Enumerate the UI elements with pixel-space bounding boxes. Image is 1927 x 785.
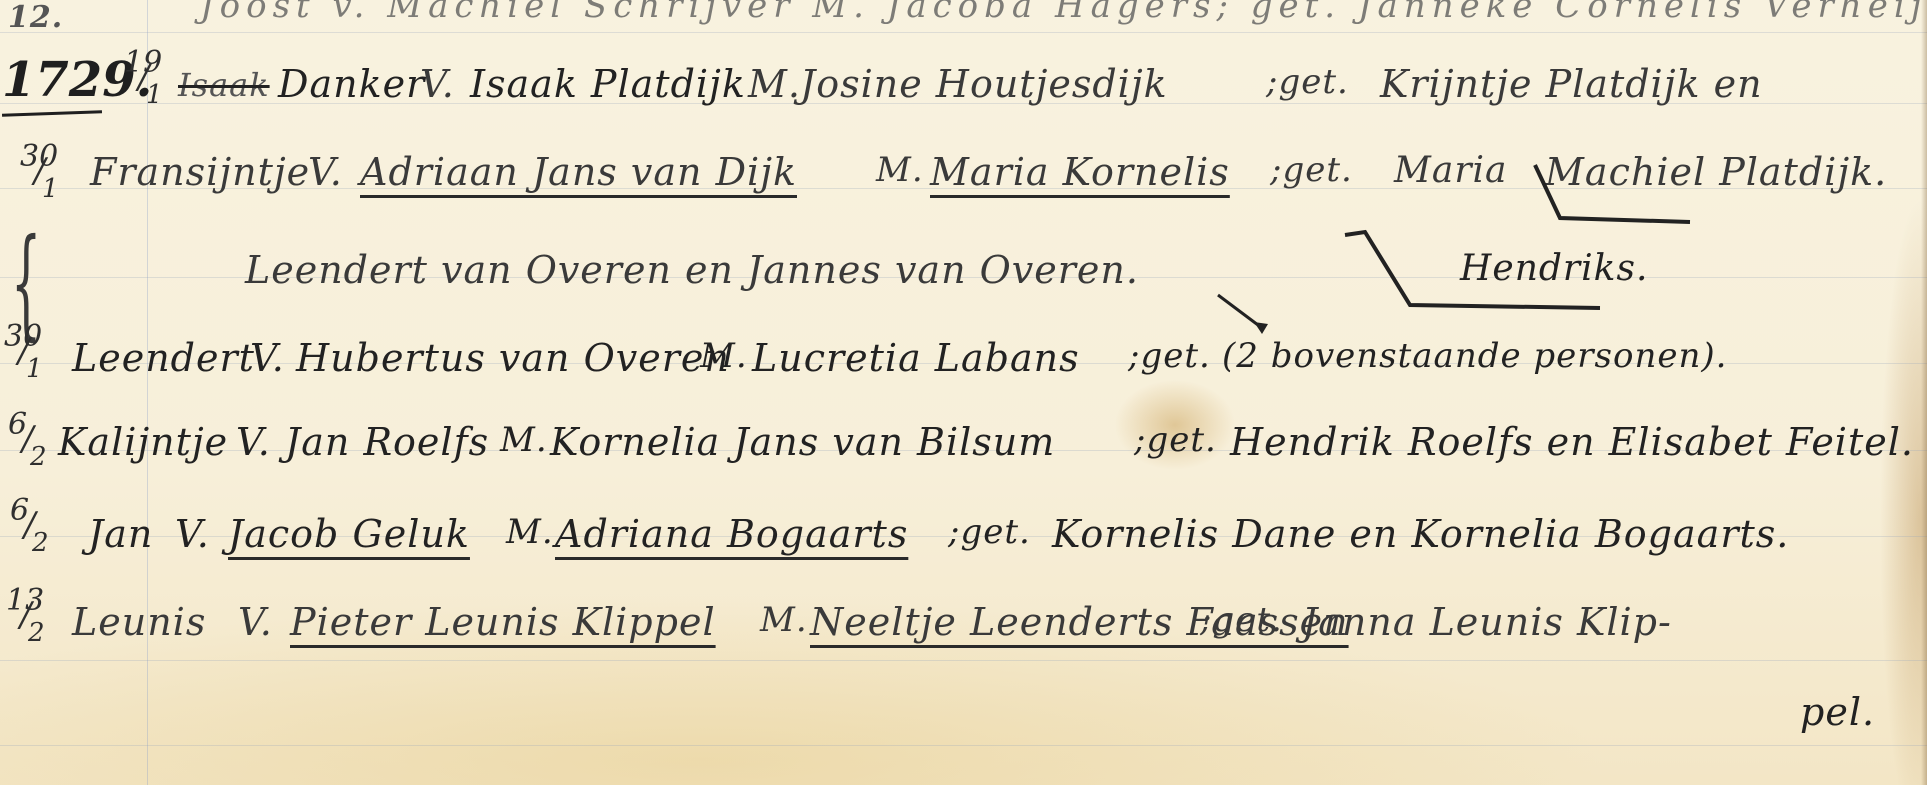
mother-label: M. [700, 336, 748, 376]
margin-line [147, 0, 148, 785]
mother-label: M. [876, 150, 924, 190]
mother-name: Lucretia Labans [752, 336, 1080, 380]
witness-name: Maria [1394, 150, 1508, 191]
child-name: Jan [88, 512, 153, 556]
witness-names: Krijntje Platdijk en [1380, 62, 1763, 106]
witness-label: ;get. [948, 512, 1031, 552]
mother-label: M. [760, 600, 808, 640]
mother-label: M. [506, 512, 554, 552]
father-name: Pieter Leunis Klippel [290, 600, 716, 644]
mother-label: M. [748, 62, 801, 106]
mother-name: Josine Houtjesdijk [800, 62, 1168, 106]
mother-name: Kornelia Jans van Bilsum [550, 420, 1055, 464]
witness-names: Kornelis Dane en Kornelia Bogaarts. [1052, 512, 1789, 556]
father-label: V. [308, 150, 343, 194]
father-name: Jan Roelfs [285, 420, 489, 464]
witness-names: (2 bovenstaande personen). [1222, 336, 1727, 376]
mother-name: Maria Kornelis [930, 150, 1230, 194]
register-page: 12. Joost v. Machiel Schrijver M. Jacoba… [0, 0, 1927, 785]
date-month: 2 [30, 444, 47, 470]
ruled-line [0, 745, 1927, 746]
page-edge [1921, 0, 1927, 785]
child-name: Fransijntje [90, 150, 310, 194]
witness-lower-alt: Hendriks. [1460, 248, 1648, 289]
entry-continuation: pel. [1800, 690, 1875, 734]
witness-upper-alt: Machiel Platdijk. [1545, 150, 1887, 194]
annotation-strokes [0, 0, 1927, 785]
arrow-head-icon [1254, 322, 1268, 334]
date-month: 1 [26, 356, 43, 382]
year-underline [2, 110, 102, 116]
child-name: Leunis [72, 600, 206, 644]
father-name: Adriaan Jans van Dijk [360, 150, 797, 194]
arrow-line [1218, 295, 1262, 328]
top-entry-date: 12. [8, 0, 63, 35]
date-month: 2 [32, 530, 49, 556]
witness-label: ;get. [1200, 600, 1283, 640]
child-name: Danker [278, 62, 425, 106]
mother-label: M. [500, 420, 548, 460]
witness-label: ;get. [1270, 150, 1353, 190]
child-name: Leendert [72, 336, 255, 380]
father-label: V. [420, 62, 455, 106]
witness-names: Janna Leunis Klip- [1302, 600, 1672, 644]
mother-name: Adriana Bogaarts [555, 512, 908, 556]
father-label: V. [175, 512, 210, 556]
ruled-line [0, 32, 1927, 33]
father-name: Isaak Platdijk [470, 62, 746, 106]
father-label: V. [238, 600, 273, 644]
father-label: V. [236, 420, 271, 464]
ruled-line [0, 660, 1927, 661]
child-name: Kalijntje [58, 420, 228, 464]
witness-label: ;get. [1266, 62, 1349, 102]
witness-label: ;get. [1134, 420, 1217, 460]
struck-word: Isaak [178, 66, 270, 104]
witness-label: ;get. [1128, 336, 1211, 376]
father-label: V. [250, 336, 285, 380]
father-name: Hubertus van Overen [296, 336, 730, 380]
father-name: Jacob Geluk [228, 512, 470, 556]
date-month: 2 [28, 620, 45, 646]
date-month: 1 [42, 176, 59, 202]
date-month: 1 [146, 82, 163, 108]
top-entry-text: Joost v. Machiel Schrijver M. Jacoba Hag… [200, 0, 1927, 26]
witness-names: Hendrik Roelfs en Elisabet Feitel. [1230, 420, 1914, 464]
entry-continuation: Leendert van Overen en Jannes van Overen… [245, 248, 1139, 292]
